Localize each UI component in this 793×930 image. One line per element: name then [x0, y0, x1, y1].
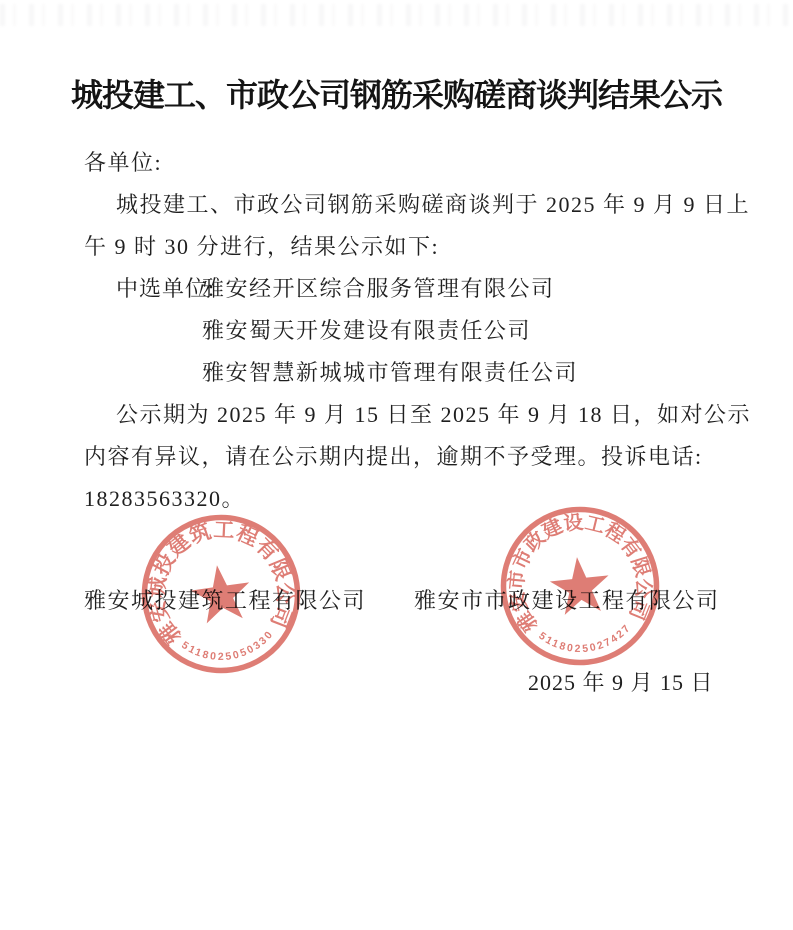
seal-company-text-right: 雅安市市政建设工程有限公司: [497, 504, 659, 638]
salutation: 各单位:: [84, 142, 714, 184]
winners-line-1: 中选单位:雅安经开区综合服务管理有限公司: [84, 268, 714, 310]
svg-text:雅安城投建筑工程有限公司: 雅安城投建筑工程有限公司: [134, 508, 302, 651]
svg-text:5118025027427: 5118025027427: [535, 620, 636, 659]
complaint-phone-number: 18283563320。: [84, 478, 714, 520]
winner-company-2: 雅安蜀天开发建设有限责任公司: [84, 310, 714, 352]
winners-label: 中选单位:: [116, 268, 202, 310]
seal-number-text-right: 5118025027427: [535, 620, 636, 659]
seal-company-text-left: 雅安城投建筑工程有限公司: [134, 508, 302, 651]
document-date: 2025 年 9 月 15 日: [528, 666, 714, 697]
winner-company-3: 雅安智慧新城城市管理有限责任公司: [84, 352, 714, 394]
paragraph1-line2: 午 9 时 30 分进行，结果公示如下:: [84, 226, 714, 268]
announcement-document: 城投建工、市政公司钢筋采购磋商谈判结果公示 各单位: 城投建工、市政公司钢筋采购…: [0, 0, 793, 930]
scan-artifact-strip: [0, 4, 793, 26]
seal-number-text-left: 5118025050330: [178, 627, 279, 670]
svg-text:5118025050330: 5118025050330: [178, 627, 279, 670]
winner-company-1: 雅安经开区综合服务管理有限公司: [202, 276, 555, 301]
svg-text:雅安市市政建设工程有限公司: 雅安市市政建设工程有限公司: [497, 504, 659, 638]
paragraph2-line1: 公示期为 2025 年 9 月 15 日至 2025 年 9 月 18 日，如对…: [84, 394, 714, 436]
signature-company-left: 雅安城投建筑工程有限公司: [84, 584, 366, 615]
paragraph1-line1: 城投建工、市政公司钢筋采购磋商谈判于 2025 年 9 月 9 日上: [84, 184, 714, 226]
document-body: 各单位: 城投建工、市政公司钢筋采购磋商谈判于 2025 年 9 月 9 日上 …: [84, 142, 714, 520]
signature-company-right: 雅安市市政建设工程有限公司: [414, 584, 720, 615]
document-title: 城投建工、市政公司钢筋采购磋商谈判结果公示: [0, 70, 793, 116]
paragraph2-line2: 内容有异议，请在公示期内提出，逾期不予受理。投诉电话:: [84, 436, 714, 478]
